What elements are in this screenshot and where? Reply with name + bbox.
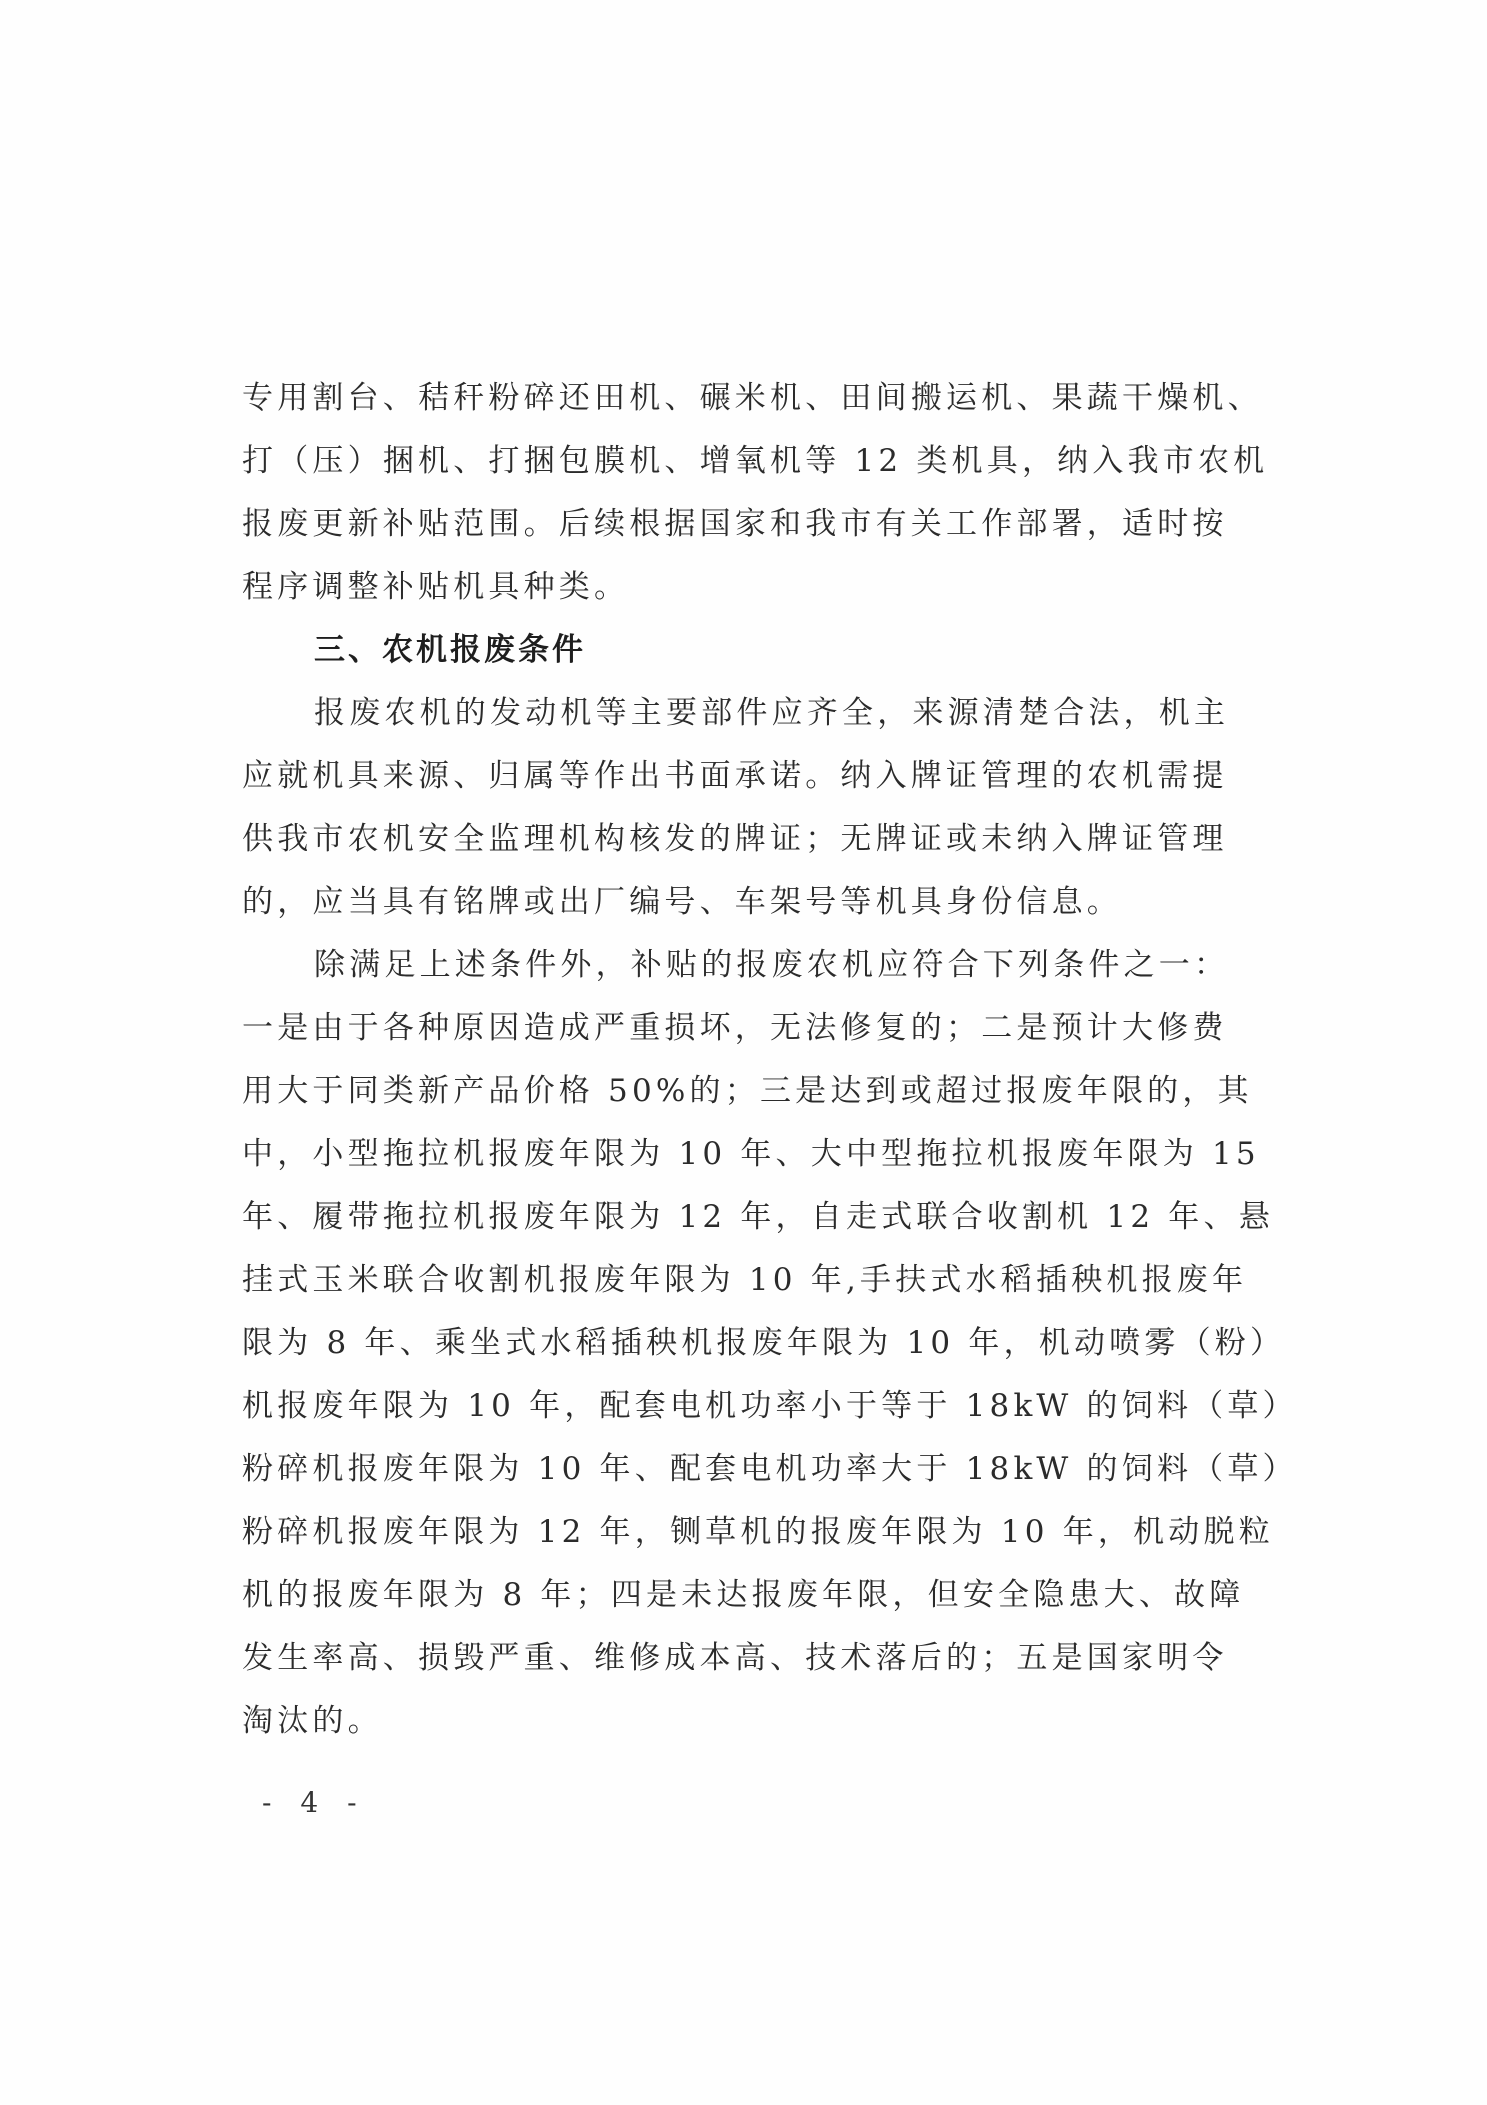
text-line: 除满足上述条件外，补贴的报废农机应符合下列条件之一： (242, 943, 1212, 1006)
continuation-paragraph: 专用割台、秸秆粉碎还田机、碾米机、田间搬运机、果蔬干燥机、 打（压）捆机、打捆包… (242, 376, 1212, 628)
text-line: 一是由于各种原因造成严重损坏，无法修复的；二是预计大修费 (242, 1006, 1212, 1069)
document-page: 专用割台、秸秆粉碎还田机、碾米机、田间搬运机、果蔬干燥机、 打（压）捆机、打捆包… (0, 0, 1487, 2105)
text-line: 的，应当具有铭牌或出厂编号、车架号等机具身份信息。 (242, 880, 1212, 943)
text-line: 机报废年限为 10 年，配套电机功率小于等于 18kW 的饲料（草） (242, 1384, 1212, 1447)
text-line: 中，小型拖拉机报废年限为 10 年、大中型拖拉机报废年限为 15 (242, 1132, 1212, 1195)
body-text: 专用割台、秸秆粉碎还田机、碾米机、田间搬运机、果蔬干燥机、 打（压）捆机、打捆包… (242, 376, 1212, 1762)
section-heading: 三、农机报废条件 (242, 628, 1212, 691)
text-line: 专用割台、秸秆粉碎还田机、碾米机、田间搬运机、果蔬干燥机、 (242, 376, 1212, 439)
text-line: 粉碎机报废年限为 10 年、配套电机功率大于 18kW 的饲料（草） (242, 1447, 1212, 1510)
text-line: 限为 8 年、乘坐式水稻插秧机报废年限为 10 年，机动喷雾（粉） (242, 1321, 1212, 1384)
text-line: 淘汰的。 (242, 1699, 1212, 1762)
text-line: 年、履带拖拉机报废年限为 12 年，自走式联合收割机 12 年、悬 (242, 1195, 1212, 1258)
text-line: 应就机具来源、归属等作出书面承诺。纳入牌证管理的农机需提 (242, 754, 1212, 817)
text-line: 用大于同类新产品价格 50%的；三是达到或超过报废年限的，其 (242, 1069, 1212, 1132)
text-line: 报废更新补贴范围。后续根据国家和我市有关工作部署，适时按 (242, 502, 1212, 565)
page-number: - 4 - (262, 1786, 367, 1819)
text-line: 挂式玉米联合收割机报废年限为 10 年,手扶式水稻插秧机报废年 (242, 1258, 1212, 1321)
text-line: 报废农机的发动机等主要部件应齐全，来源清楚合法，机主 (242, 691, 1212, 754)
text-line: 程序调整补贴机具种类。 (242, 565, 1212, 628)
paragraph-subsidy-conditions: 除满足上述条件外，补贴的报废农机应符合下列条件之一： 一是由于各种原因造成严重损… (242, 943, 1212, 1762)
text-line: 机的报废年限为 8 年；四是未达报废年限，但安全隐患大、故障 (242, 1573, 1212, 1636)
text-line: 粉碎机报废年限为 12 年，铡草机的报废年限为 10 年，机动脱粒 (242, 1510, 1212, 1573)
text-line: 供我市农机安全监理机构核发的牌证；无牌证或未纳入牌证管理 (242, 817, 1212, 880)
paragraph-scrap-conditions: 报废农机的发动机等主要部件应齐全，来源清楚合法，机主 应就机具来源、归属等作出书… (242, 691, 1212, 943)
text-line: 打（压）捆机、打捆包膜机、增氧机等 12 类机具，纳入我市农机 (242, 439, 1212, 502)
text-line: 发生率高、损毁严重、维修成本高、技术落后的；五是国家明令 (242, 1636, 1212, 1699)
